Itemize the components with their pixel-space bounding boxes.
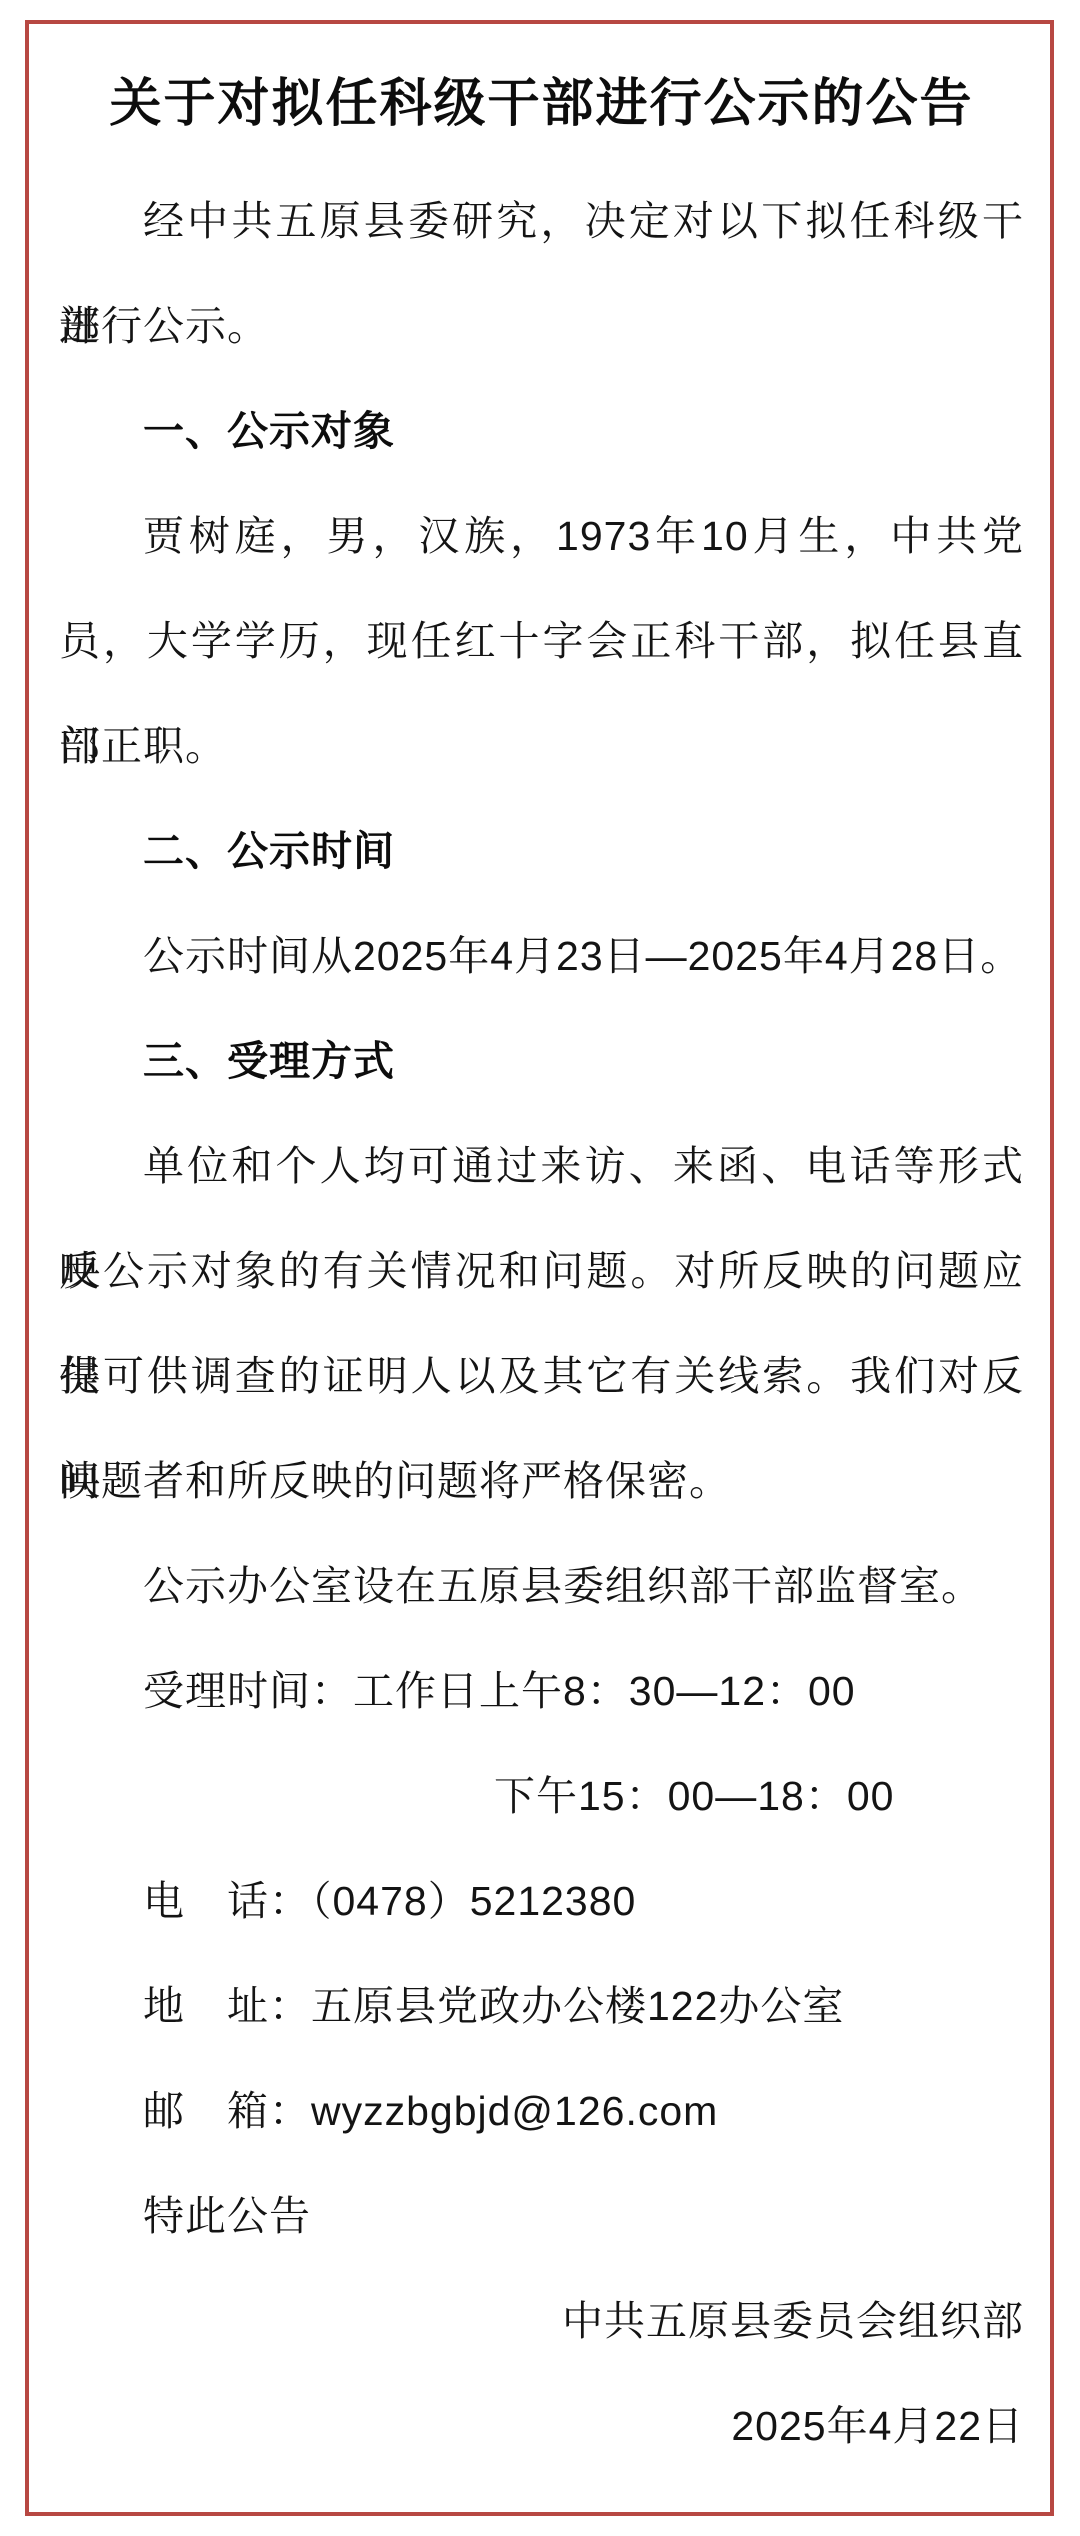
document-line: 下午15：00—18：00 <box>59 1744 1024 1849</box>
document-line: 进行公示。 <box>59 274 1024 379</box>
document-body: 经中共五原县委研究，决定对以下拟任科级干部进行公示。一、公示对象贾树庭，男，汉族… <box>59 169 1024 2479</box>
document-line: 特此公告 <box>59 2164 1024 2269</box>
document-line: 邮 箱：wyzzbgbjd@126.com <box>59 2059 1024 2164</box>
document-line: 问题者和所反映的问题将严格保密。 <box>59 1429 1024 1534</box>
document-line: 供可供调查的证明人以及其它有关线索。我们对反映 <box>59 1324 1024 1429</box>
document-title: 关于对拟任科级干部进行公示的公告 <box>59 39 1024 169</box>
document-line: 贾树庭，男，汉族，1973年10月生，中共党 <box>59 484 1024 589</box>
document-line: 2025年4月22日 <box>59 2374 1024 2479</box>
document-line: 二、公示时间 <box>59 799 1024 904</box>
page-border: 关于对拟任科级干部进行公示的公告 经中共五原县委研究，决定对以下拟任科级干部进行… <box>25 20 1054 2516</box>
document-line: 公示时间从2025年4月23日—2025年4月28日。 <box>59 904 1024 1009</box>
document-line: 地 址：五原县党政办公楼122办公室 <box>59 1954 1024 2059</box>
document-line: 受理时间：工作日上午8：30—12：00 <box>59 1639 1024 1744</box>
document-line: 单位和个人均可通过来访、来函、电话等形式反 <box>59 1114 1024 1219</box>
document-line: 员，大学学历，现任红十字会正科干部，拟任县直部 <box>59 589 1024 694</box>
document-line: 电 话：（0478）5212380 <box>59 1849 1024 1954</box>
document-line: 三、受理方式 <box>59 1009 1024 1114</box>
document-line: 公示办公室设在五原县委组织部干部监督室。 <box>59 1534 1024 1639</box>
document-line: 一、公示对象 <box>59 379 1024 484</box>
document-line: 门正职。 <box>59 694 1024 799</box>
document-line: 中共五原县委员会组织部 <box>59 2269 1024 2374</box>
document-line: 经中共五原县委研究，决定对以下拟任科级干部 <box>59 169 1024 274</box>
document-line: 映公示对象的有关情况和问题。对所反映的问题应提 <box>59 1219 1024 1324</box>
